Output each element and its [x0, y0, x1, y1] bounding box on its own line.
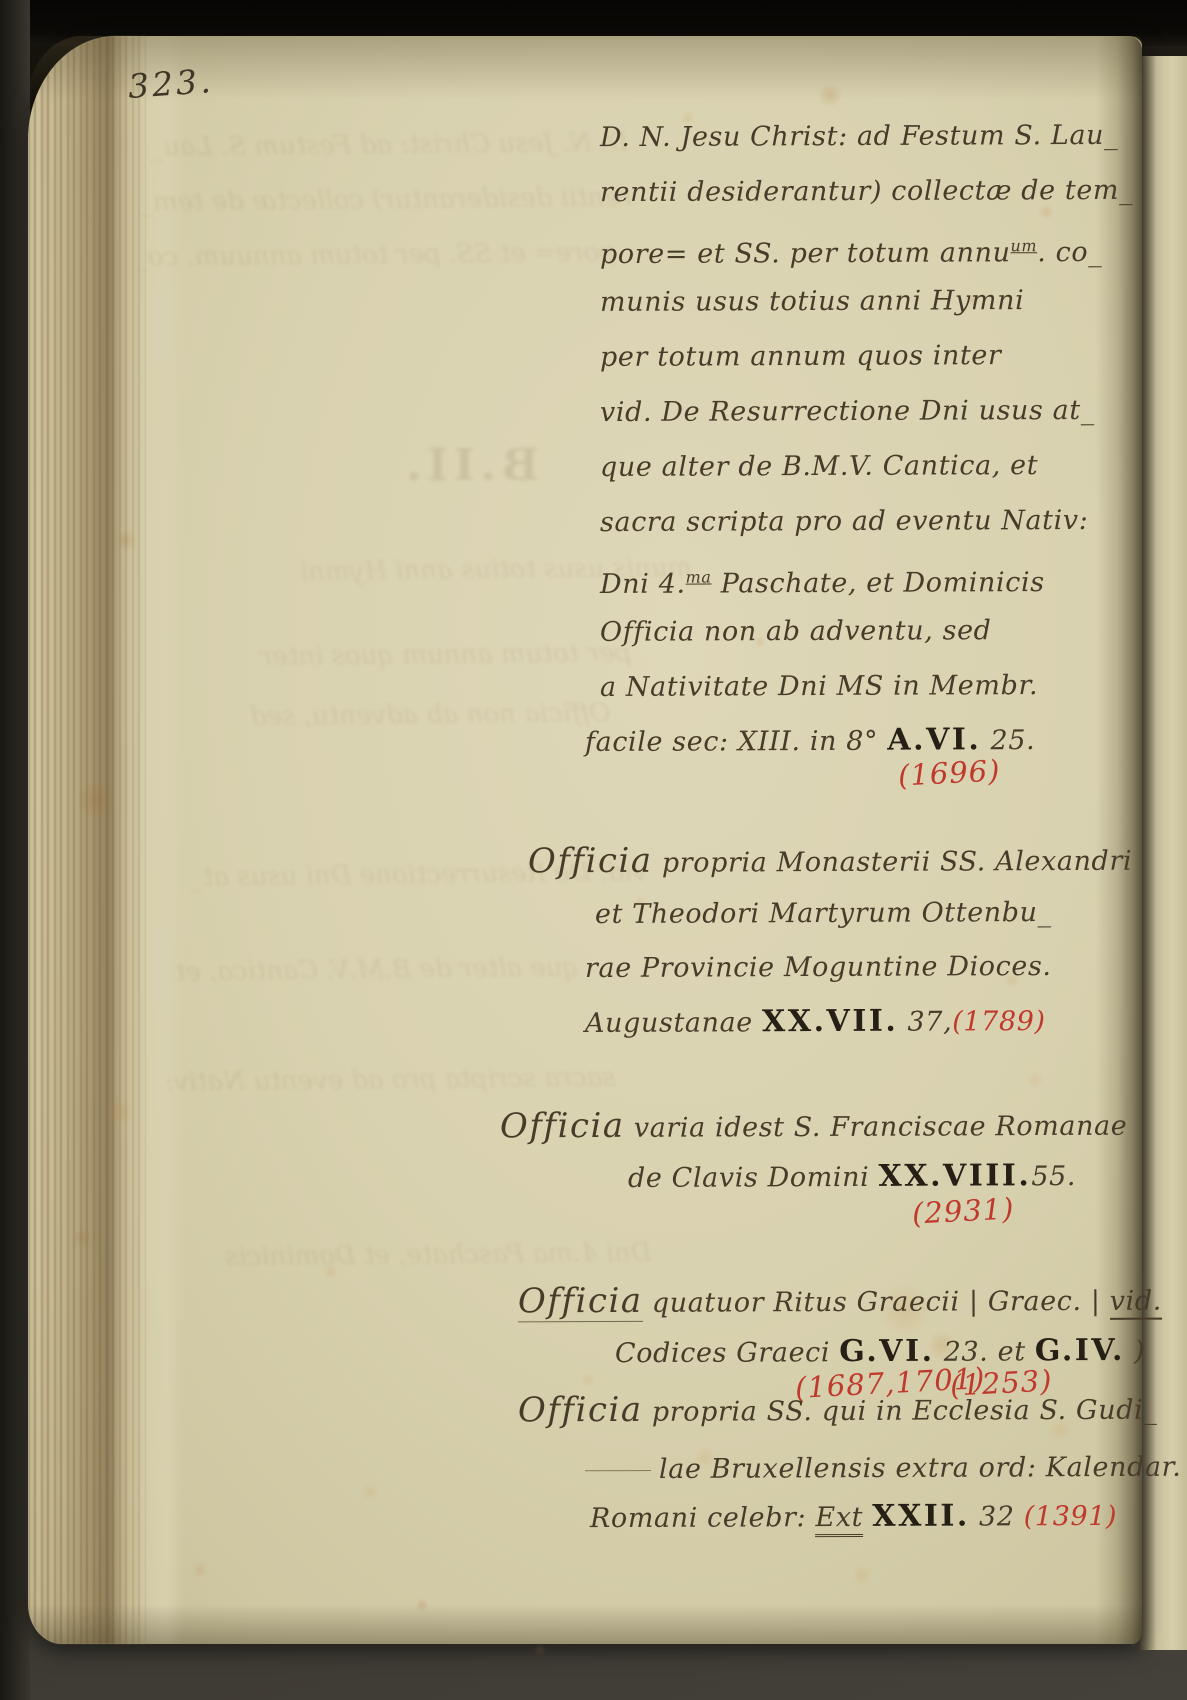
text-segment-u: vid. [1110, 1286, 1162, 1320]
text-segment-script: pore= et SS. per totum annu [600, 237, 1011, 270]
text-segment-script: ) [1125, 1336, 1145, 1367]
text-segment-script: a Nativitate Dni MS in Membr. [600, 670, 1038, 703]
text-segment-script: per totum annum quos inter [600, 340, 1002, 373]
text-segment-script: facile sec: XIII. in 8° [585, 726, 887, 758]
text-segment-script: sacra scripta pro ad eventu Nativ: [600, 505, 1089, 538]
manuscript-line-e2-l3: rae Provincie Moguntine Dioces. [585, 950, 1052, 986]
manuscript-line-e1-l8: sacra scripta pro ad eventu Nativ: [600, 504, 1089, 540]
text-segment-script: et Theodori Martyrum Ottenbu_ [595, 897, 1052, 930]
manuscript-line-e5-l1: Officia propria SS. qui in Ecclesia S. G… [518, 1391, 1158, 1431]
text-segment-script: rae Provincie Moguntine Dioces. [585, 951, 1052, 984]
manuscript-line-e1-l3: pore= et SS. per totum annuum. co_ [600, 229, 1102, 272]
text-segment-print: XX.VII. [762, 1004, 898, 1040]
text-segment-print: XXII. [872, 1498, 970, 1533]
text-segment-script: . co_ [1037, 237, 1102, 268]
manuscript-line-e3-l2: de Clavis Domini XX.VIII.55. [628, 1159, 1076, 1196]
manuscript-line-e1-l4: munis usus totius anni Hymni [600, 284, 1024, 320]
text-segment-script: lae Bruxellensis extra ord: Kalendar. [659, 1452, 1181, 1485]
manuscript-line-e5-l2: lae Bruxellensis extra ord: Kalendar. [585, 1451, 1182, 1488]
manuscript-line-e1-l6: vid. De Resurrectione Dni usus at_ [600, 394, 1095, 430]
manuscript-line-e1-l11: a Nativitate Dni MS in Membr. [600, 669, 1038, 705]
text-segment-sup: um [1010, 236, 1037, 255]
text-segment-head: Officia [528, 841, 653, 882]
filler-rule [585, 1470, 651, 1471]
text-segment-script: vid. De Resurrectione Dni usus at_ [600, 395, 1095, 428]
text-segment-script: rentii desiderantur) collectæ de tem_ [600, 175, 1133, 208]
text-segment-script: 37, [898, 1006, 952, 1037]
text-segment-red: (1789) [952, 1006, 1046, 1037]
text-segment-script: Codices Graeci [615, 1337, 839, 1369]
manuscript-line-e3-l1: Officia varia idest S. Franciscae Romana… [500, 1107, 1127, 1147]
text-segment-sup: ma [686, 567, 712, 586]
text-segment-script: Romani celebr: [590, 1502, 816, 1534]
text-segment-script: Officia non ab adventu, sed [600, 615, 992, 648]
text-segment-script: que alter de B.M.V. Cantica, et [600, 450, 1038, 483]
text-segment-script: Dni 4. [600, 569, 686, 600]
manuscript-line-e5-l3: Romani celebr: Ext XXII. 32 (1391) [590, 1499, 1117, 1536]
manuscript-line-e2-l4: Augustanae XX.VII. 37,(1789) [585, 1004, 1046, 1041]
text-segment-script: propria SS. qui in Ecclesia S. Gudi_ [643, 1395, 1158, 1428]
text-segment-headu: Officia [518, 1281, 643, 1323]
manuscript-line-e1-l9: Dni 4.ma Paschate, et Dominicis [600, 559, 1045, 602]
text-segment-script: varia idest S. Franciscae Romanae [625, 1111, 1128, 1144]
manuscript-line-e1-l10: Officia non ab adventu, sed [600, 614, 992, 650]
text-segment-script: 55. [1031, 1161, 1076, 1192]
manuscript-line-e1-l7: que alter de B.M.V. Cantica, et [600, 449, 1038, 485]
manuscript-line-e2-l2: et Theodori Martyrum Ottenbu_ [595, 896, 1052, 932]
manuscript-line-e1-l2: rentii desiderantur) collectæ de tem_ [600, 174, 1133, 210]
text-segment-script: D. N. Jesu Christ: ad Festum S. Lau_ [600, 120, 1118, 153]
manuscript-line-e1-l1: D. N. Jesu Christ: ad Festum S. Lau_ [600, 119, 1118, 155]
text-segment-script: Paschate, et Dominicis [711, 567, 1044, 599]
text-segment-script: 32 [970, 1501, 1024, 1532]
text-segment-script: munis usus totius anni Hymni [600, 285, 1024, 318]
red-accession-number-e1-1: (1696) [897, 753, 1001, 792]
text-segment-u2: Ext [815, 1502, 863, 1537]
red-accession-number-e3-1: (2931) [911, 1191, 1015, 1230]
text-segment-print: A.VI. [887, 722, 981, 757]
text-segment-print: XX.VIII. [878, 1158, 1031, 1194]
manuscript-line-e1-l5: per totum annum quos inter [600, 339, 1002, 375]
manuscript-line-e2-l1: Officia propria Monasterii SS. Alexandri [528, 842, 1132, 882]
text-segment-head: Officia [500, 1106, 625, 1147]
text-segment-script: quatuor Ritus Graecii | Graec. | [643, 1286, 1110, 1319]
text-segment-red: (1391) [1024, 1501, 1118, 1532]
handwritten-text-layer: D. N. Jesu Christ: ad Festum S. Lau_rent… [0, 0, 1187, 1700]
manuscript-line-e4-l1: Officia quatuor Ritus Graecii | Graec. |… [518, 1282, 1162, 1322]
text-segment-script: propria Monasterii SS. Alexandri [653, 846, 1133, 879]
text-segment-head: Officia [518, 1390, 643, 1431]
text-segment-script: de Clavis Domini [628, 1162, 879, 1194]
text-segment-script [863, 1502, 872, 1533]
text-segment-script: Augustanae [585, 1007, 762, 1039]
text-segment-script: 25. [981, 725, 1035, 756]
